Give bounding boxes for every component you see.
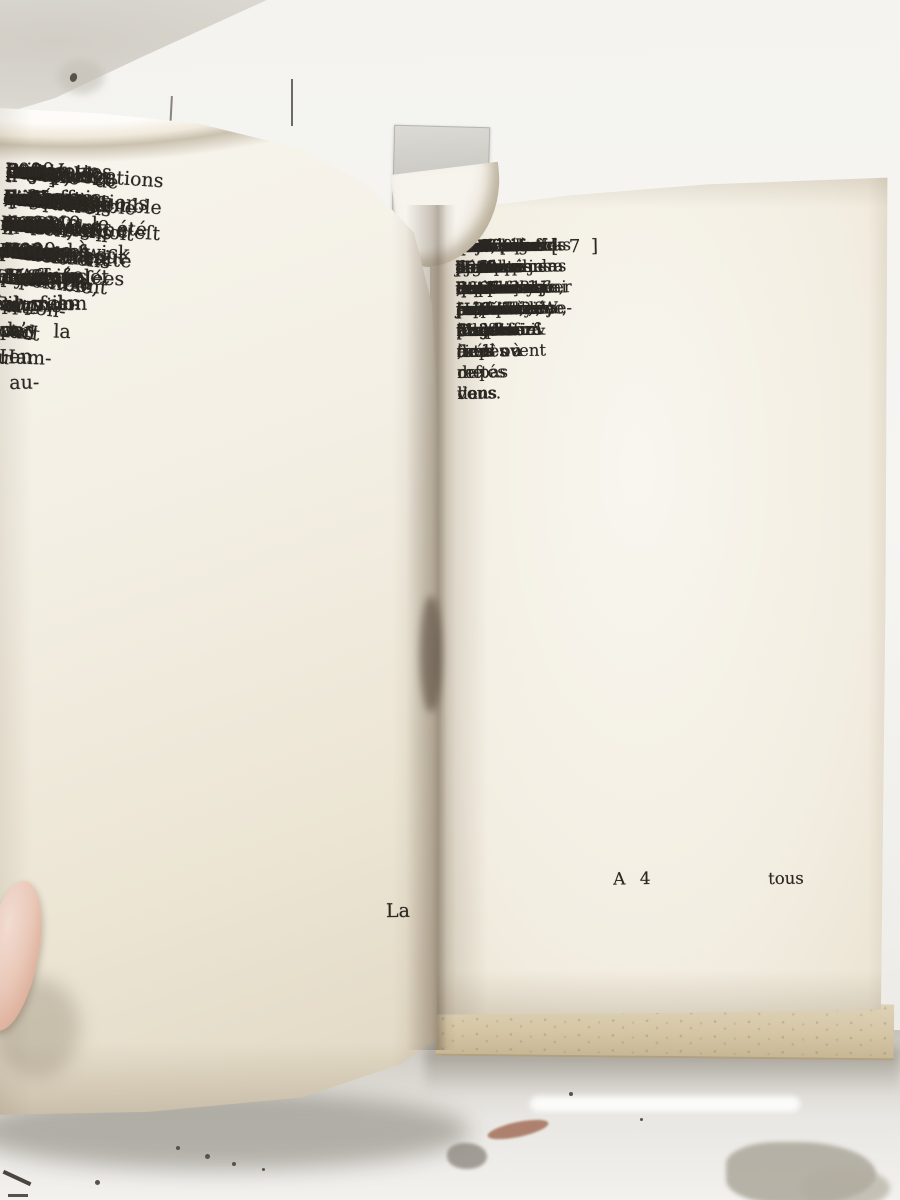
floor-mark xyxy=(8,1194,28,1197)
book-gutter-dark-sliver xyxy=(420,596,442,712)
gray-stain xyxy=(800,1168,890,1200)
floor-speck xyxy=(176,1146,180,1150)
floor-speck xyxy=(205,1154,210,1159)
floor-speck xyxy=(95,1180,100,1185)
book-page-left: [ 6 ] Je voudrois bien, s’il étoit poſſi… xyxy=(0,100,450,1120)
floor-speck xyxy=(262,1168,265,1171)
table-corner-blob xyxy=(58,60,104,94)
floor-speck xyxy=(640,1118,643,1121)
signature-mark: A 4 xyxy=(613,869,655,890)
photo-open-antique-book: [ 7 ] La Lippe & Gotha ne peuvent pasfai… xyxy=(0,0,900,1200)
gray-stain xyxy=(447,1143,487,1169)
floor-speck xyxy=(569,1092,573,1096)
catchword-right: tous xyxy=(768,869,804,889)
floor-speck xyxy=(232,1162,236,1166)
book-page-right: [ 7 ] La Lippe & Gotha ne peuvent pasfai… xyxy=(430,170,892,1018)
table-scratch xyxy=(291,79,293,126)
marble-glare xyxy=(530,1096,800,1112)
text-line: roit donc que 7000 à l’Armée. xyxy=(6,156,88,184)
